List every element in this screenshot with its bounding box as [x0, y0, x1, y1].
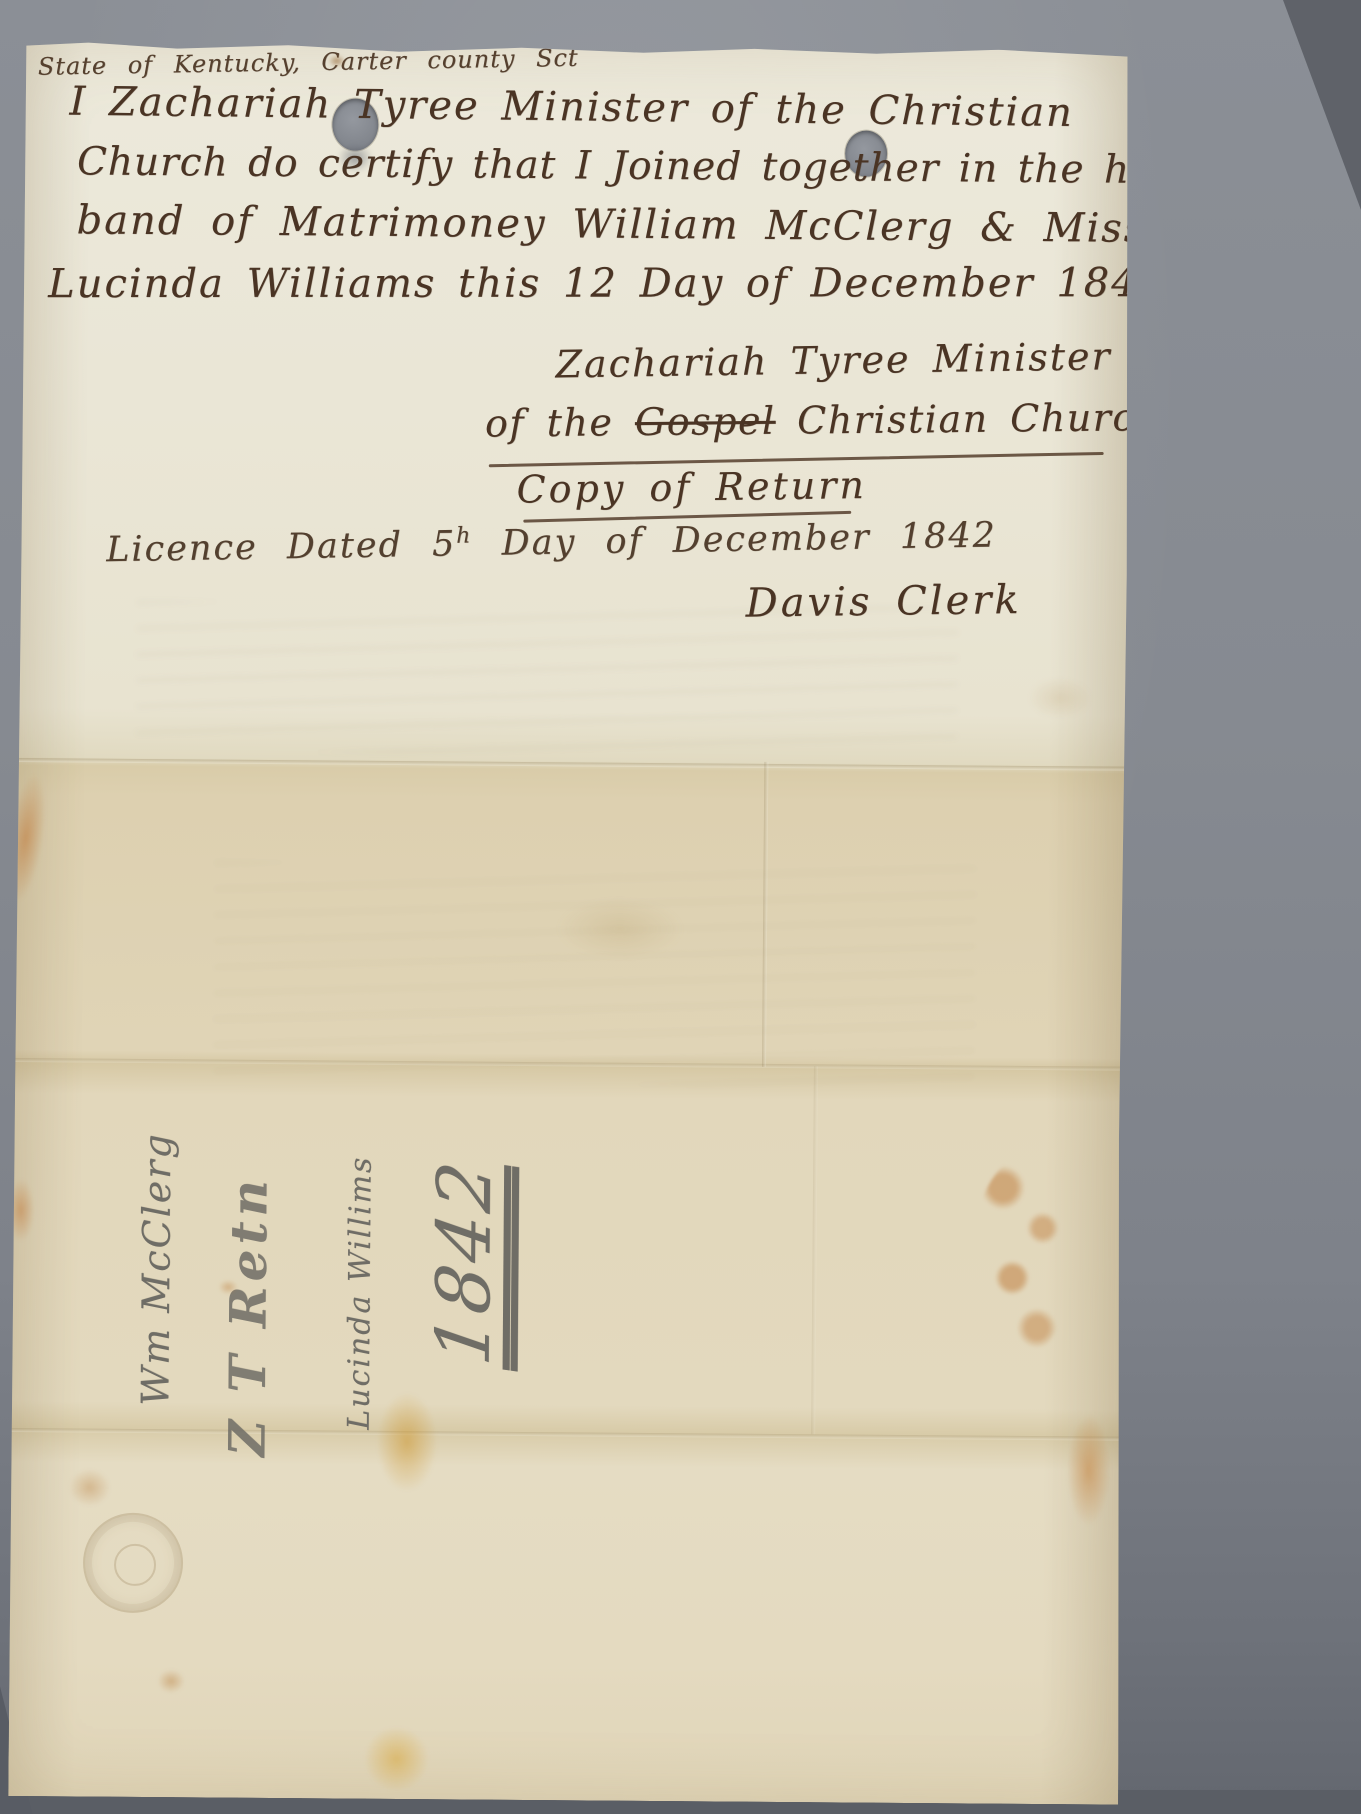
licence-prefix: Licence Dated 5	[106, 524, 457, 570]
docket-groom-name: Wm McClerg	[133, 1132, 179, 1406]
body-line-2: Church do certify that I Joined together…	[77, 139, 1191, 193]
show-through-writing	[214, 862, 976, 1088]
fold-crease-vertical-lower	[811, 1066, 818, 1434]
embossed-seal-center	[114, 1544, 156, 1586]
church-line-prefix: of the	[485, 400, 635, 445]
docket-year: 1842	[421, 1153, 509, 1370]
licence-superscript: h	[456, 523, 473, 548]
stain	[1066, 1414, 1111, 1526]
fold-crease-lower	[11, 1428, 1121, 1441]
docket-bride-name: Lucinda Willims	[342, 1155, 379, 1429]
licence-suffix: Day of December 1842	[472, 515, 997, 564]
stain	[68, 1468, 110, 1506]
fold-crease-middle	[14, 1058, 1124, 1071]
stain-cluster	[972, 1158, 1074, 1359]
stain	[0, 770, 53, 906]
church-line-suffix: Christian Church	[775, 395, 1161, 443]
copy-of-return-label: Copy of Return	[516, 463, 867, 512]
stain	[157, 1669, 185, 1693]
photo-background: State of Kentucky, Carter county Sct I Z…	[0, 0, 1361, 1814]
paper-document: State of Kentucky, Carter county Sct I Z…	[8, 40, 1132, 1805]
surface-shadow-top-right	[1211, 0, 1361, 210]
embossed-seal	[83, 1513, 184, 1614]
stain	[7, 1178, 36, 1242]
stain	[377, 1393, 438, 1491]
minister-signature: Zachariah Tyree Minister	[555, 334, 1112, 386]
church-line: of the Gospel Christian Church	[485, 395, 1161, 445]
stain	[555, 896, 685, 961]
header-caption: State of Kentucky, Carter county Sct	[38, 44, 579, 81]
stain	[1027, 676, 1093, 721]
clerk-signature: Davis Clerk	[745, 577, 1022, 627]
licence-note: Licence Dated 5h Day of December 1842	[106, 515, 997, 570]
fold-crease-upper	[16, 758, 1126, 771]
stain	[364, 1727, 429, 1792]
body-line-1: I Zachariah Tyree Minister of the Christ…	[69, 79, 1074, 136]
body-line-4: Lucinda Williams this 12 Day of December…	[48, 260, 1166, 307]
docket-return-note: Z T Retn	[217, 1175, 278, 1457]
fold-crease-vertical	[762, 762, 768, 1067]
struck-word-gospel: Gospel	[635, 399, 776, 444]
body-line-3: band of Matrimoney William McClerg & Mis…	[76, 197, 1146, 251]
